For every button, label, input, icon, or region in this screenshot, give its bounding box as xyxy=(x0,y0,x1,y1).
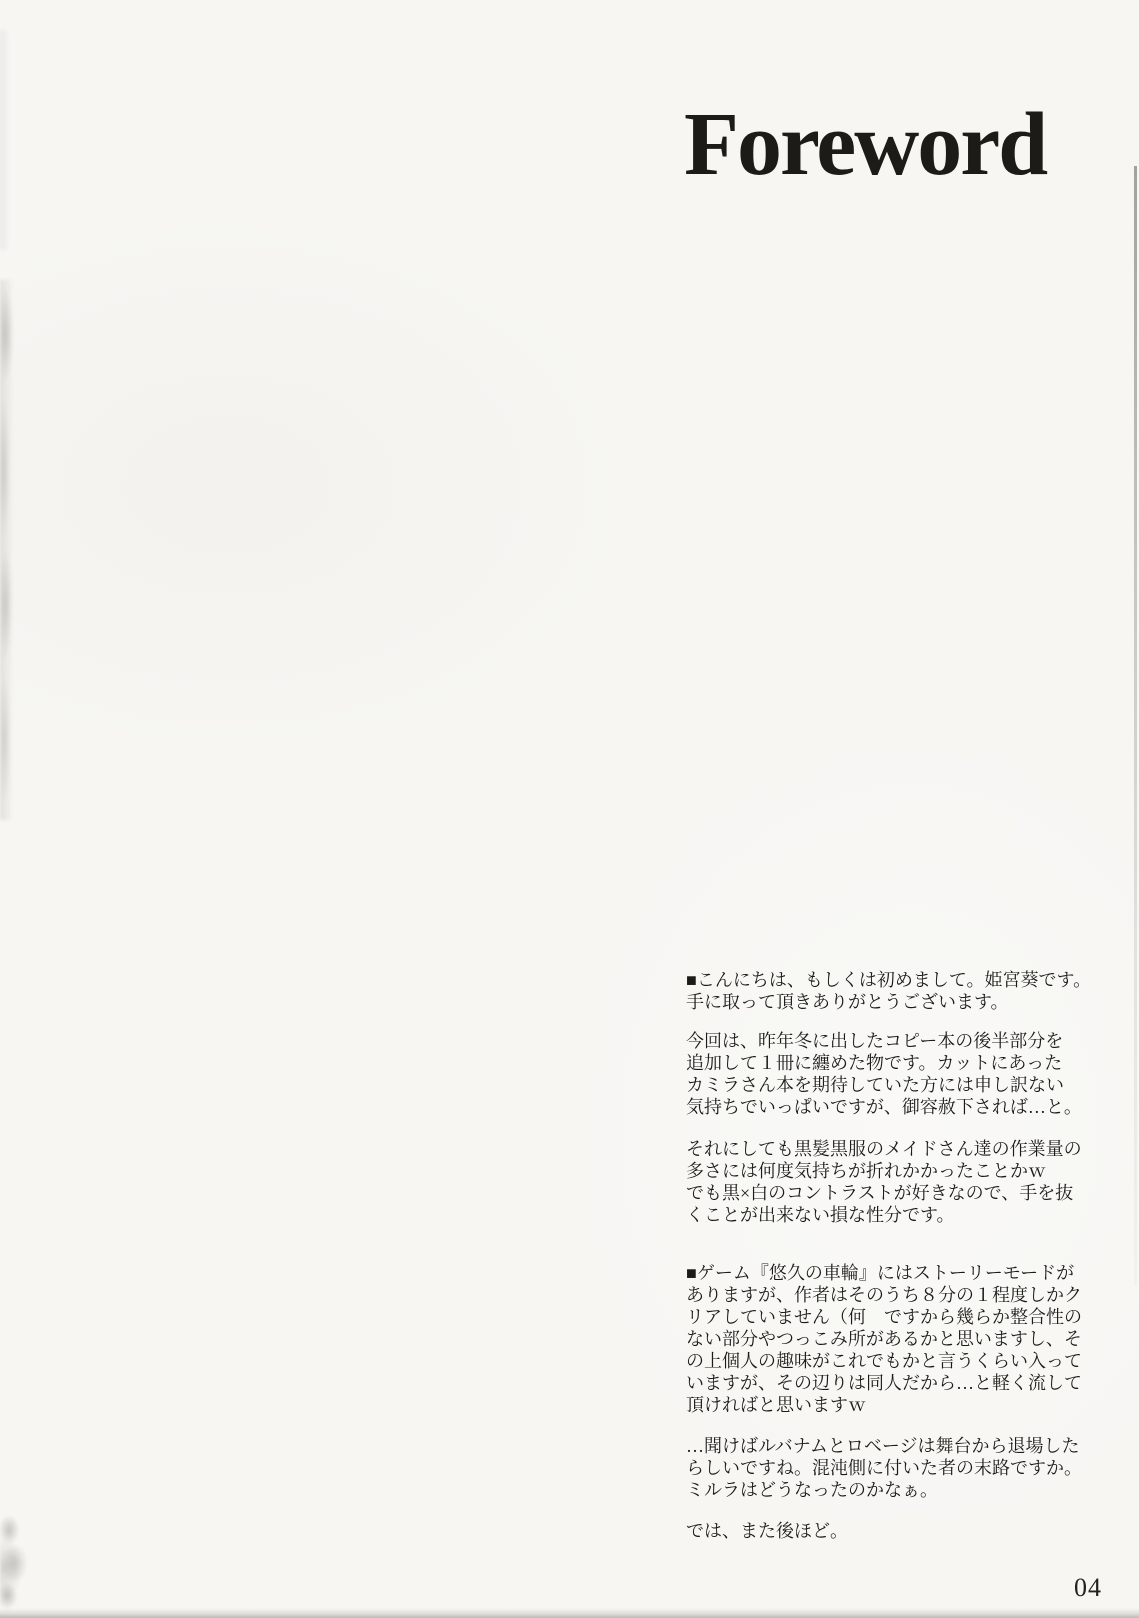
foreword-paragraph: ■こんにちは、もしくは初めまして。姫宮葵です。 手に取って頂きありがとうございま… xyxy=(686,969,1126,1013)
scan-edge-line-right xyxy=(1134,166,1137,1286)
foreword-paragraph: 今回は、昨年冬に出したコピー本の後半部分を 追加して１冊に纏めた物です。カットに… xyxy=(686,1030,1126,1118)
scan-smudge-left xyxy=(0,280,18,820)
foreword-paragraph: では、また後ほど。 xyxy=(686,1520,1126,1542)
scan-smudge-left-top xyxy=(0,30,12,250)
foreword-paragraph: …聞けばルバナムとロベージは舞台から退場した らしいですね。混沌側に付いた者の末… xyxy=(686,1435,1126,1501)
scan-smudge-left-bottom xyxy=(0,1508,36,1618)
scan-shadow-bottom xyxy=(0,1608,1139,1618)
foreword-text-column: ■こんにちは、もしくは初めまして。姫宮葵です。 手に取って頂きありがとうございま… xyxy=(686,969,1126,1542)
foreword-paragraph: ■ゲーム『悠久の車輪』にはストーリーモードが ありますが、作者はそのうち８分の１… xyxy=(686,1262,1126,1416)
foreword-paragraph: それにしても黒髪黒服のメイドさん達の作業量の 多さには何度気持ちが折れかかったこ… xyxy=(686,1138,1126,1226)
page-number: 04 xyxy=(1060,1574,1116,1602)
scanned-foreword-page: Foreword ■こんにちは、もしくは初めまして。姫宮葵です。 手に取って頂き… xyxy=(0,0,1139,1618)
page-title: Foreword xyxy=(684,100,1046,190)
